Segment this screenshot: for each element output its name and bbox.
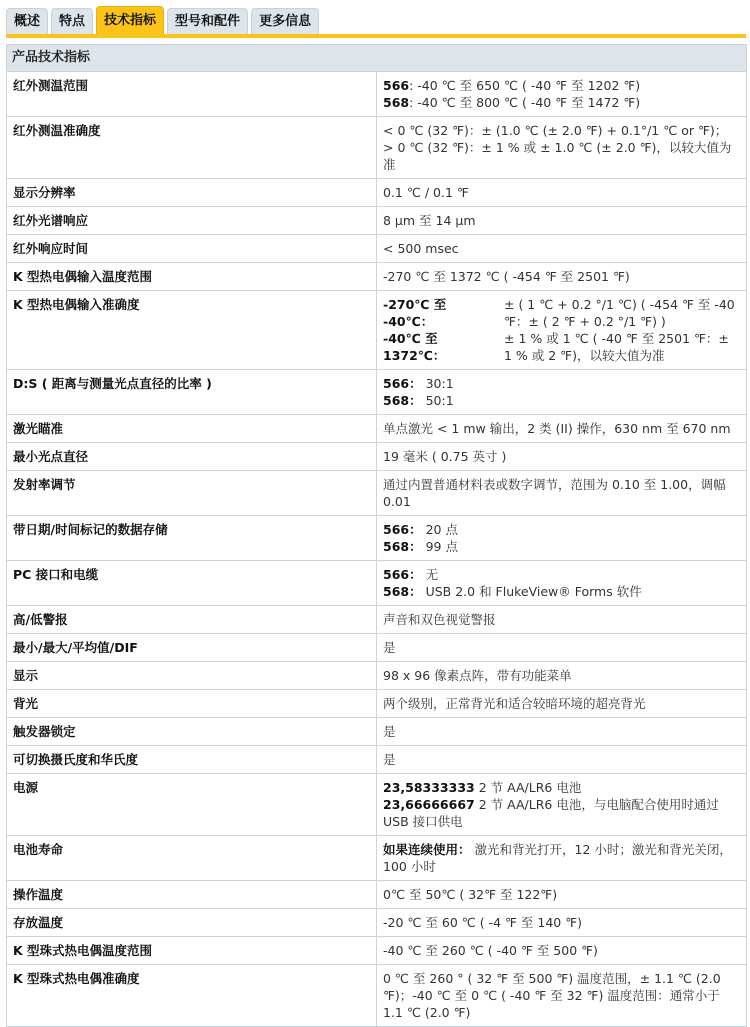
table-row: 电源 23,58333333 2 节 AA/LR6 电池 23,66666667… <box>7 774 747 836</box>
table-row: 存放温度 -20 ℃ 至 60 ℃ ( -4 ℉ 至 140 ℉) <box>7 909 747 937</box>
row-label: K 型热电偶输入准确度 <box>7 291 377 370</box>
spec-table: 产品技术指标 红外测温范围 566: -40 ℃ 至 650 ℃ ( -40 ℉… <box>6 44 747 970</box>
value-text: 20 点 <box>426 522 458 537</box>
value-text: : -40 ℃ 至 800 ℃ ( -40 ℉ 至 1472 ℉) <box>409 95 640 110</box>
value-text: : -40 ℃ 至 650 ℃ ( -40 ℉ 至 1202 ℉) <box>409 78 640 93</box>
row-value: 566： 30:1 568： 50:1 <box>377 370 747 415</box>
row-value: 19 毫米 ( 0.75 英寸 ) <box>377 443 747 471</box>
table-row: 最小光点直径 19 毫米 ( 0.75 英寸 ) <box>7 443 747 471</box>
value-text: USB 2.0 和 FlukeView® Forms 软件 <box>426 584 642 599</box>
table-row: 红外光谱响应 8 μm 至 14 μm <box>7 207 747 235</box>
table-row: D:S ( 距离与测量光点直径的比率 ) 566： 30:1 568： 50:1 <box>7 370 747 415</box>
tab-features[interactable]: 特点 <box>51 8 93 34</box>
row-label: 可切换摄氏度和华氏度 <box>7 746 377 774</box>
row-value: 声音和双色视觉警报 <box>377 606 747 634</box>
row-label: PC 接口和电缆 <box>7 561 377 606</box>
row-value: 566： 20 点 568： 99 点 <box>377 516 747 561</box>
model-label: 568： <box>383 584 422 599</box>
row-label: 电池寿命 <box>7 836 377 881</box>
value-text: 30:1 <box>426 376 454 391</box>
model-label: 23,66666667 <box>383 797 475 812</box>
row-value: 0℃ 至 50℃ ( 32℉ 至 122℉) <box>377 881 747 909</box>
row-label: K 型珠式热电偶准确度 <box>7 965 377 971</box>
table-row: 触发器锁定 是 <box>7 718 747 746</box>
table-row: 操作温度 0℃ 至 50℃ ( 32℉ 至 122℉) <box>7 881 747 909</box>
table-row: 红外测温准确度 < 0 ℃ (32 ℉)：± (1.0 ℃ (± 2.0 ℉) … <box>7 117 747 179</box>
model-label: 568： <box>383 539 422 554</box>
tab-underline <box>6 34 746 38</box>
table-row: 红外测温范围 566: -40 ℃ 至 650 ℃ ( -40 ℉ 至 1202… <box>7 72 747 117</box>
row-label: 带日期/时间标记的数据存储 <box>7 516 377 561</box>
row-label: 最小光点直径 <box>7 443 377 471</box>
row-label: 红外测温范围 <box>7 72 377 117</box>
value-text: ± ( 1 ℃ + 0.2 °/1 ℃) ( -454 ℉ 至 -40 ℉：± … <box>504 296 740 330</box>
row-label: K 型珠式热电偶温度范围 <box>7 937 377 965</box>
row-value: 是 <box>377 746 747 774</box>
row-label: K 型热电偶输入温度范围 <box>7 263 377 291</box>
table-row: 高/低警报 声音和双色视觉警报 <box>7 606 747 634</box>
value-text: > 0 ℃ (32 ℉)：± 1 % 或 ± 1.0 ℃ (± 2.0 ℉)，以… <box>383 139 740 173</box>
row-value: 566: -40 ℃ 至 650 ℃ ( -40 ℉ 至 1202 ℉) 568… <box>377 72 747 117</box>
table-row: 显示 98 x 96 像素点阵，带有功能菜单 <box>7 662 747 690</box>
row-label: 触发器锁定 <box>7 718 377 746</box>
row-label: 激光瞄准 <box>7 415 377 443</box>
row-label: 红外光谱响应 <box>7 207 377 235</box>
tab-more-info[interactable]: 更多信息 <box>251 8 319 34</box>
row-value: < 0 ℃ (32 ℉)：± (1.0 ℃ (± 2.0 ℉) + 0.1°/1… <box>377 117 747 179</box>
model-label: 566： <box>383 567 422 582</box>
table-row: 带日期/时间标记的数据存储 566： 20 点 568： 99 点 <box>7 516 747 561</box>
row-value: 通过内置普通材料表或数字调节，范围为 0.10 至 1.00，调幅 0.01 <box>377 471 747 516</box>
row-value: 如果连续使用： 激光和背光打开，12 小时；激光和背光关闭，100 小时 <box>377 836 747 881</box>
row-value: 8 μm 至 14 μm <box>377 207 747 235</box>
model-label: 568： <box>383 393 422 408</box>
model-label: 566 <box>383 78 409 93</box>
table-row: 发射率调节 通过内置普通材料表或数字调节，范围为 0.10 至 1.00，调幅 … <box>7 471 747 516</box>
row-value: -270 ℃ 至 1372 ℃ ( -454 ℉ 至 2501 ℉) <box>377 263 747 291</box>
tab-models-accessories[interactable]: 型号和配件 <box>167 8 248 34</box>
value-prefix: 如果连续使用： <box>383 842 471 857</box>
range-label: -270℃ 至 -40℃： <box>383 296 498 330</box>
model-label: 23,58333333 <box>383 780 475 795</box>
value-text: 2 节 AA/LR6 电池 <box>475 780 582 795</box>
table-row: K 型珠式热电偶准确度 0 ℃ 至 260 ° ( 32 ℉ 至 500 ℉) … <box>7 965 747 971</box>
table-row: K 型热电偶输入温度范围 -270 ℃ 至 1372 ℃ ( -454 ℉ 至 … <box>7 263 747 291</box>
row-value: 是 <box>377 718 747 746</box>
model-label: 566： <box>383 376 422 391</box>
table-row: 电池寿命 如果连续使用： 激光和背光打开，12 小时；激光和背光关闭，100 小… <box>7 836 747 881</box>
row-value: 单点激光 < 1 mw 输出，2 类 (II) 操作，630 nm 至 670 … <box>377 415 747 443</box>
row-label: 电源 <box>7 774 377 836</box>
table-row: 最小/最大/平均值/DIF 是 <box>7 634 747 662</box>
value-text: 50:1 <box>426 393 454 408</box>
row-label: 存放温度 <box>7 909 377 937</box>
table-row: 可切换摄氏度和华氏度 是 <box>7 746 747 774</box>
value-text: ± 1 % 或 1 ℃ ( -40 ℉ 至 2501 ℉：± 1 % 或 2 ℉… <box>504 330 740 364</box>
row-label: 高/低警报 <box>7 606 377 634</box>
row-label: 背光 <box>7 690 377 718</box>
row-value: 0 ℃ 至 260 ° ( 32 ℉ 至 500 ℉) 温度范围，± 1.1 ℃… <box>377 965 747 971</box>
row-label: 显示分辨率 <box>7 179 377 207</box>
value-text: 无 <box>426 567 439 582</box>
row-value: < 500 msec <box>377 235 747 263</box>
value-text: 99 点 <box>426 539 458 554</box>
table-row: K 型珠式热电偶温度范围 -40 ℃ 至 260 ℃ ( -40 ℉ 至 500… <box>7 937 747 965</box>
row-value: 是 <box>377 634 747 662</box>
row-label: 显示 <box>7 662 377 690</box>
row-value: 23,58333333 2 节 AA/LR6 电池 23,66666667 2 … <box>377 774 747 836</box>
row-label: 最小/最大/平均值/DIF <box>7 634 377 662</box>
value-text: < 0 ℃ (32 ℉)：± (1.0 ℃ (± 2.0 ℉) + 0.1°/1… <box>383 122 740 139</box>
model-label: 568 <box>383 95 409 110</box>
row-label: 红外响应时间 <box>7 235 377 263</box>
row-value: 566： 无 568： USB 2.0 和 FlukeView® Forms 软… <box>377 561 747 606</box>
row-label: 红外测温准确度 <box>7 117 377 179</box>
table-row: PC 接口和电缆 566： 无 568： USB 2.0 和 FlukeView… <box>7 561 747 606</box>
tab-overview[interactable]: 概述 <box>6 8 48 34</box>
table-row: 红外响应时间 < 500 msec <box>7 235 747 263</box>
row-value: -40 ℃ 至 260 ℃ ( -40 ℉ 至 500 ℉) <box>377 937 747 965</box>
row-value: 两个级别，正常背光和适合较暗环境的超亮背光 <box>377 690 747 718</box>
table-row: K 型热电偶输入准确度 -270℃ 至 -40℃： ± ( 1 ℃ + 0.2 … <box>7 291 747 370</box>
row-value: -20 ℃ 至 60 ℃ ( -4 ℉ 至 140 ℉) <box>377 909 747 937</box>
row-value: -270℃ 至 -40℃： ± ( 1 ℃ + 0.2 °/1 ℃) ( -45… <box>377 291 747 370</box>
table-row: 激光瞄准 单点激光 < 1 mw 输出，2 类 (II) 操作，630 nm 至… <box>7 415 747 443</box>
section-title: 产品技术指标 <box>7 45 747 72</box>
row-label: D:S ( 距离与测量光点直径的比率 ) <box>7 370 377 415</box>
table-row: 背光 两个级别，正常背光和适合较暗环境的超亮背光 <box>7 690 747 718</box>
tab-bar: 概述 特点 技术指标 型号和配件 更多信息 <box>6 6 319 34</box>
row-value: 0.1 ℃ / 0.1 ℉ <box>377 179 747 207</box>
tab-specifications[interactable]: 技术指标 <box>96 6 164 34</box>
range-label: -40℃ 至 1372℃： <box>383 330 498 364</box>
row-label: 发射率调节 <box>7 471 377 516</box>
row-label: 操作温度 <box>7 881 377 909</box>
model-label: 566： <box>383 522 422 537</box>
table-row: 显示分辨率 0.1 ℃ / 0.1 ℉ <box>7 179 747 207</box>
row-value: 98 x 96 像素点阵，带有功能菜单 <box>377 662 747 690</box>
